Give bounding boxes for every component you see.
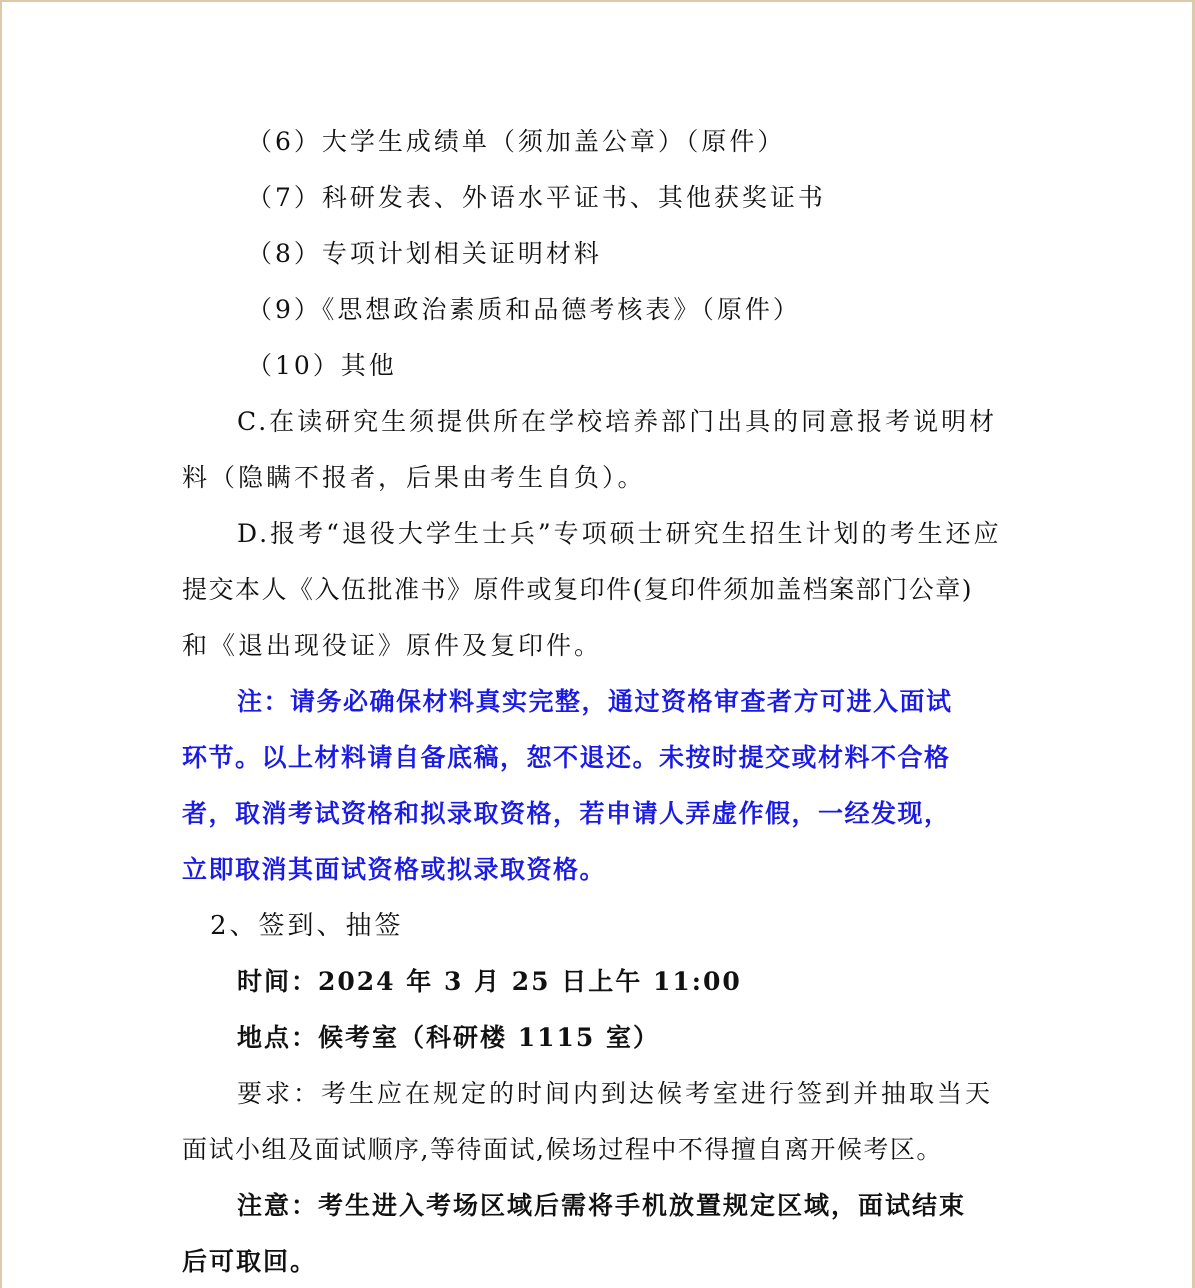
attention-line1: 注意：考生进入考场区域后需将手机放置规定区域，面试结束 [237, 1191, 966, 1221]
paragraph-c-line2: 料（隐瞒不报者，后果由考生自负）。 [182, 463, 646, 493]
list-item-10: （10）其他 [247, 351, 397, 381]
list-item-9: （9）《思想政治素质和品德考核表》（原件） [247, 295, 801, 325]
time-line: 时间：2024 年 3 月 25 日上午 11:00 [237, 967, 742, 997]
section-heading: 2、签到、抽签 [210, 911, 404, 941]
list-item-8: （8）专项计划相关证明材料 [247, 239, 602, 269]
paragraph-d-line2: 提交本人《入伍批准书》原件或复印件(复印件须加盖档案部门公章) [182, 575, 973, 605]
paragraph-d-line3: 和《退出现役证》原件及复印件。 [182, 631, 602, 661]
note-line2: 环节。以上材料请自备底稿，恕不退还。未按时提交或材料不合格 [182, 743, 951, 773]
note-line3: 者，取消考试资格和拟录取资格，若申请人弄虚作假，一经发现， [182, 799, 951, 829]
document-page: （6）大学生成绩单（须加盖公章）（原件） （7）科研发表、外语水平证书、其他获奖… [2, 2, 1192, 1288]
paragraph-d-line1: D.报考“退役大学生士兵”专项硕士研究生招生计划的考生还应 [237, 519, 1002, 549]
note-line4: 立即取消其面试资格或拟录取资格。 [182, 855, 606, 885]
list-item-7: （7）科研发表、外语水平证书、其他获奖证书 [247, 183, 826, 213]
note-line1: 注：请务必确保材料真实完整，通过资格审查者方可进入面试 [237, 687, 953, 717]
requirement-line1: 要求：考生应在规定的时间内到达候考室进行签到并抽取当天 [237, 1079, 993, 1109]
attention-line2: 后可取回。 [182, 1247, 317, 1277]
paragraph-c-line1: C.在读研究生须提供所在学校培养部门出具的同意报考说明材 [237, 407, 997, 437]
requirement-line2: 面试小组及面试顺序,等待面试,候场过程中不得擅自离开候考区。 [182, 1135, 943, 1165]
list-item-6: （6）大学生成绩单（须加盖公章）（原件） [247, 127, 785, 157]
location-line: 地点：候考室（科研楼 1115 室） [237, 1023, 660, 1053]
